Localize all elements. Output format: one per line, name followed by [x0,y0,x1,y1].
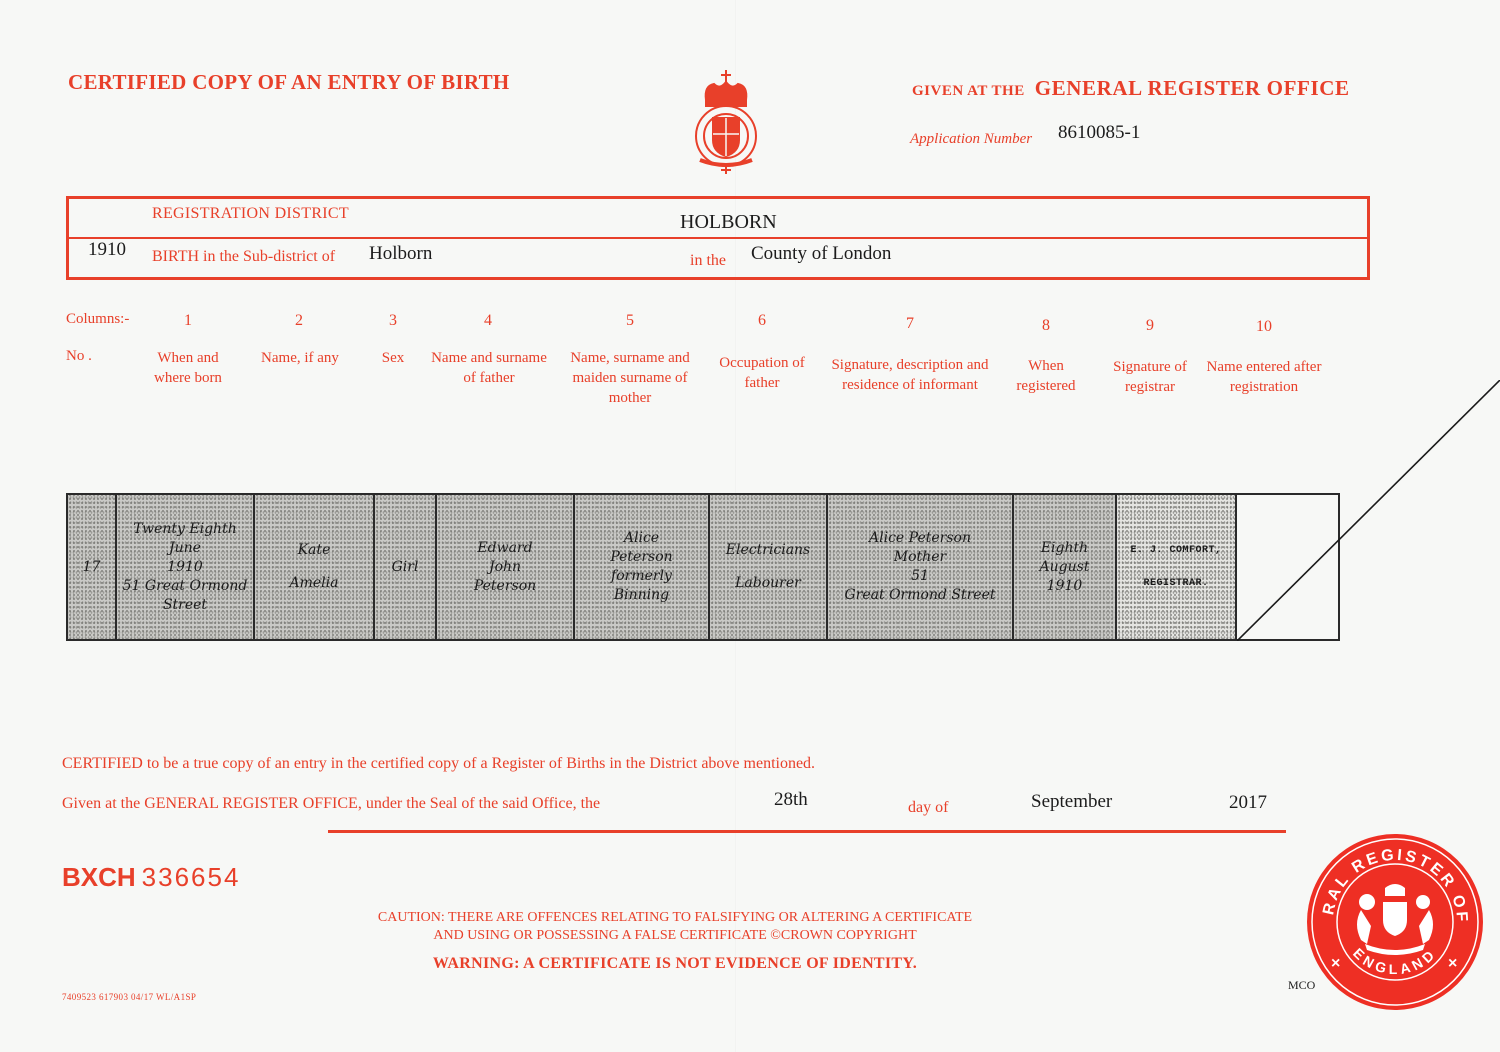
serial-prefix: BXCH [62,862,136,892]
issue-month: September [1031,791,1112,813]
registration-district-label: REGISTRATION DISTRICT [152,205,349,223]
county-value: County of London [751,243,891,265]
application-number: 8610085-1 [1058,122,1140,144]
registration-year: 1910 [88,239,126,261]
identity-warning: WARNING: A CERTIFICATE IS NOT EVIDENCE O… [330,955,1020,973]
in-the-label: in the [690,252,726,270]
application-number-label: Application Number [910,131,1032,148]
column-heading-father: Name and surname of father [424,348,554,388]
column-heading-informant: Signature, description and residence of … [822,355,998,395]
print-codes: 7409523 617903 04/17 WL/A1SP [62,992,196,1002]
column-number: 6 [742,312,782,330]
signature-line [328,830,1286,833]
entry-no: 17 [66,493,117,641]
district-divider [66,237,1370,239]
column-heading-registrar: Signature of registrar [1102,357,1198,397]
entry-when-where-born: Twenty Eighth June 1910 51 Great Ormond … [117,493,255,641]
cancellation-diagonal-line [1237,380,1500,641]
column-number: 5 [610,312,650,330]
entry-informant: Alice Peterson Mother 51 Great Ormond St… [828,493,1014,641]
day-of-label: day of [908,799,948,817]
registration-district-value: HOLBORN [680,211,777,234]
certificate-title: CERTIFIED COPY OF AN ENTRY OF BIRTH [68,70,510,95]
given-at-statement: Given at the GENERAL REGISTER OFFICE, un… [62,795,600,813]
subdistrict-label: BIRTH in the Sub-district of [152,248,335,266]
entry-registrar-signature: E. J. COMFORT, REGISTRAR. [1117,493,1237,641]
certification-statement: CERTIFIED to be a true copy of an entry … [62,755,815,773]
svg-text:×: × [1448,955,1457,972]
column-number: 9 [1130,317,1170,335]
office-heading: GIVEN AT THE GENERAL REGISTER OFFICE [912,76,1350,101]
entry-occupation: Electricians Labourer [710,493,828,641]
column-number: 8 [1026,317,1066,335]
column-number: 2 [279,312,319,330]
caution-notice: CAUTION: THERE ARE OFFENCES RELATING TO … [330,909,1020,945]
issue-year: 2017 [1229,792,1267,814]
entry-sex: Girl [375,493,437,641]
given-at-prefix: GIVEN AT THE [912,83,1025,99]
entry-name: Kate Amelia [255,493,375,641]
column-heading-when-registered: When registered [1008,356,1084,396]
serial-number: 336654 [142,862,241,892]
general-register-office-seal-icon: GENERAL REGISTER OFFICE ENGLAND × × [1305,832,1485,1012]
royal-crest-icon [686,68,766,176]
entry-when-registered: Eighth August 1910 [1014,493,1117,641]
register-entry-row: 17 Twenty Eighth June 1910 51 Great Ormo… [66,493,1340,641]
issue-day: 28th [774,789,808,811]
column-heading-mother: Name, surname and maiden surname of moth… [564,348,696,408]
svg-text:×: × [1331,955,1340,972]
column-number: 4 [468,312,508,330]
entry-mother: Alice Peterson formerly Binning [575,493,710,641]
columns-label: Columns:- [66,311,129,328]
column-heading-when-where-born: When and where born [140,348,236,388]
certificate-serial-number: BXCH336654 [62,862,240,893]
column-heading-occupation: Occupation of father [716,353,808,393]
column-number: 7 [890,315,930,333]
column-number: 3 [373,312,413,330]
column-heading-sex: Sex [373,348,413,368]
subdistrict-value: Holborn [369,243,432,265]
column-number: 1 [168,312,208,330]
office-name: GENERAL REGISTER OFFICE [1035,76,1350,100]
column-heading-name: Name, if any [250,348,350,368]
column-no-heading: No . [66,348,92,365]
entry-father: Edward John Peterson [437,493,575,641]
column-number: 10 [1244,318,1284,336]
